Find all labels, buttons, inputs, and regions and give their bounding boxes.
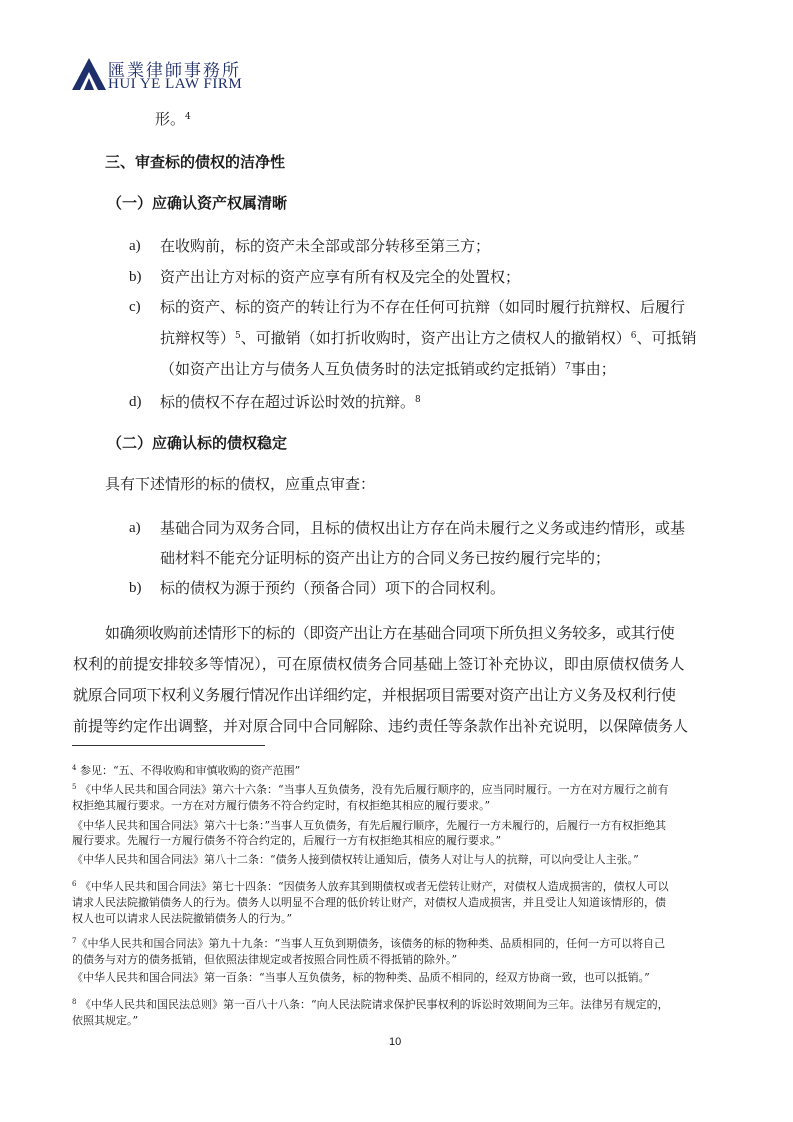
- footnote-5-line4: 履行要求。先履行一方履行债务不符合约定的，后履行一方有权拒绝其相应的履行要求。”: [72, 833, 732, 848]
- paragraph-line-3: 就原合同项下权利义务履行情况作出详细约定，并根据项目需要对资产出让方义务及权利行…: [73, 685, 676, 705]
- triangle-logo-icon: [72, 58, 106, 90]
- footnote-num-5: 5: [72, 783, 76, 791]
- footnote-5-line3: 《中华人民共和国合同法》第六十七条：”当事人互负债务，有先后履行顺序，先履行一方…: [72, 818, 732, 833]
- list-item-c-line2: 抗辩权等）5、可撤销（如打折收购时，资产出让方之债权人的撤销权）6、可抵销: [160, 328, 697, 348]
- list-label-d: d): [129, 392, 142, 412]
- logo-english-name: HUI YE LAW FIRM: [108, 76, 242, 93]
- d-text: 标的债权不存在超过诉讼时效的抗辩。: [160, 393, 415, 411]
- subsection-2-title: （二）应确认标的债权稳定: [107, 433, 287, 453]
- footnote-6-line2: 请求人民法院撤销债务人的行为。债务人以明显不合理的低价转让财产，对债权人造成损害…: [72, 895, 732, 910]
- c-line2-part3: 、可抵销: [637, 329, 697, 347]
- footnote-8-line1: 8 《中华人民共和国民法总则》第一百八十八条：“向人民法院请求保护民事权利的诉讼…: [72, 997, 732, 1012]
- list-item-c-line3: （如资产出让方与债务人互负债务时的法定抵销或约定抵销）7事由；: [160, 359, 616, 379]
- footnote-4-text: 参见：“五、不得收购和审慎收购的资产范围”: [80, 764, 300, 777]
- paragraph-line-4: 前提等约定作出调整，并对原合同中合同解除、违约责任等条款作出补充说明，以保障债务…: [73, 716, 688, 736]
- footnote-5-line1: 5 《中华人民共和国合同法》第六十六条：“当事人互负债务，没有先后履行顺序的，应…: [72, 782, 732, 797]
- list2-label-b: b): [129, 578, 142, 598]
- continuation-body: 形。: [155, 110, 185, 128]
- footnote-8-line2: 依照其规定。”: [72, 1013, 732, 1028]
- list-label-b: b): [129, 267, 142, 287]
- footnote-ref-8[interactable]: 8: [415, 395, 421, 405]
- c-line2-part2: 、可撤销（如打折收购时，资产出让方之债权人的撤销权）: [241, 329, 631, 347]
- footnote-6-line1: 6 《中华人民共和国合同法》第七十四条：“因债务人放弃其到期债权或者无偿转让财产…: [72, 879, 732, 894]
- subsection-2-intro: 具有下述情形的标的债权，应重点审查：: [105, 474, 375, 494]
- continuation-text: 形。4: [155, 109, 191, 129]
- list2-label-a: a): [129, 518, 141, 538]
- footnote-7-line1: 7《中华人民共和国合同法》第九十九条：“当事人互负到期债务，该债务的标的物种类、…: [72, 936, 732, 951]
- list-label-a: a): [129, 236, 141, 256]
- list2-item-b: 标的债权为源于预约（预备合同）项下的合同权利。: [160, 578, 505, 598]
- footnote-7-line3: 《中华人民共和国合同法》第一百条：“当事人互负债务，标的物种类、品质不相同的，经…: [72, 970, 732, 985]
- list-item-b: 资产出让方对标的资产应享有所有权及完全的处置权；: [160, 267, 520, 287]
- footnote-6-text-1: 《中华人民共和国合同法》第七十四条：“因债务人放弃其到期债权或者无偿转让财产，对…: [80, 880, 669, 893]
- c-line3-part2: 事由；: [571, 360, 616, 378]
- c-line3-part1: （如资产出让方与债务人互负债务时的法定抵销或约定抵销）: [160, 360, 565, 378]
- list-item-c-line1: 标的资产、标的资产的转让行为不存在任何可抗辩（如同时履行抗辩权、后履行: [160, 297, 685, 317]
- footnote-4: 4 参见：“五、不得收购和审慎收购的资产范围”: [72, 763, 732, 778]
- list2-item-a-line1: 基础合同为双务合同，且标的债权出让方存在尚未履行之义务或违约情形，或基: [160, 518, 685, 538]
- list-item-a: 在收购前，标的资产未全部或部分转移至第三方；: [160, 236, 490, 256]
- list-item-d: 标的债权不存在超过诉讼时效的抗辩。8: [160, 392, 421, 412]
- footnote-6-line3: 权人也可以请求人民法院撤销债务人的行为。”: [72, 911, 732, 926]
- footnote-ref-4[interactable]: 4: [185, 112, 191, 122]
- c-line2-part1: 抗辩权等）: [160, 329, 235, 347]
- section-title: 三、审查标的债权的洁净性: [105, 152, 285, 172]
- footnote-num-6: 6: [72, 880, 76, 888]
- footnote-5-line5: 《中华人民共和国合同法》第八十二条：“债务人接到债权转让通知后，债务人对让与人的…: [72, 852, 732, 867]
- list2-item-a-line2: 础材料不能充分证明标的资产出让方的合同义务已按约履行完毕的；: [160, 548, 610, 568]
- footnote-7-line2: 的债务与对方的债务抵销，但依照法律规定或者按照合同性质不得抵销的除外。”: [72, 952, 732, 967]
- footnote-8-text-1: 《中华人民共和国民法总则》第一百八十八条：“向人民法院请求保护民事权利的诉讼时效…: [80, 998, 669, 1011]
- footnote-5-line2: 权拒绝其履行要求。一方在对方履行债务不符合约定时，有权拒绝其相应的履行要求。”: [72, 798, 732, 813]
- footnote-7-text-1: 《中华人民共和国合同法》第九十九条：“当事人互负到期债务，该债务的标的物种类、品…: [76, 937, 665, 950]
- footnote-5-text-1: 《中华人民共和国合同法》第六十六条：“当事人互负债务，没有先后履行顺序的，应当同…: [80, 783, 669, 796]
- paragraph-line-1: 如确须收购前述情形下的标的（即资产出让方在基础合同项下所负担义务较多，或其行使: [105, 623, 674, 643]
- list-label-c: c): [129, 297, 141, 317]
- law-firm-logo: 匯業律師事務所 HUI YE LAW FIRM: [72, 56, 262, 92]
- paragraph-line-2: 权利的前提安排较多等情况），可在原债权债务合同基础上签订补充协议，即由原债权债务…: [73, 654, 685, 674]
- footnote-num-8: 8: [72, 998, 76, 1006]
- page-number: 10: [389, 1036, 401, 1048]
- footnote-num-4: 4: [72, 764, 76, 772]
- subsection-1-title: （一）应确认资产权属清晰: [107, 193, 287, 213]
- footnote-separator: [72, 745, 265, 746]
